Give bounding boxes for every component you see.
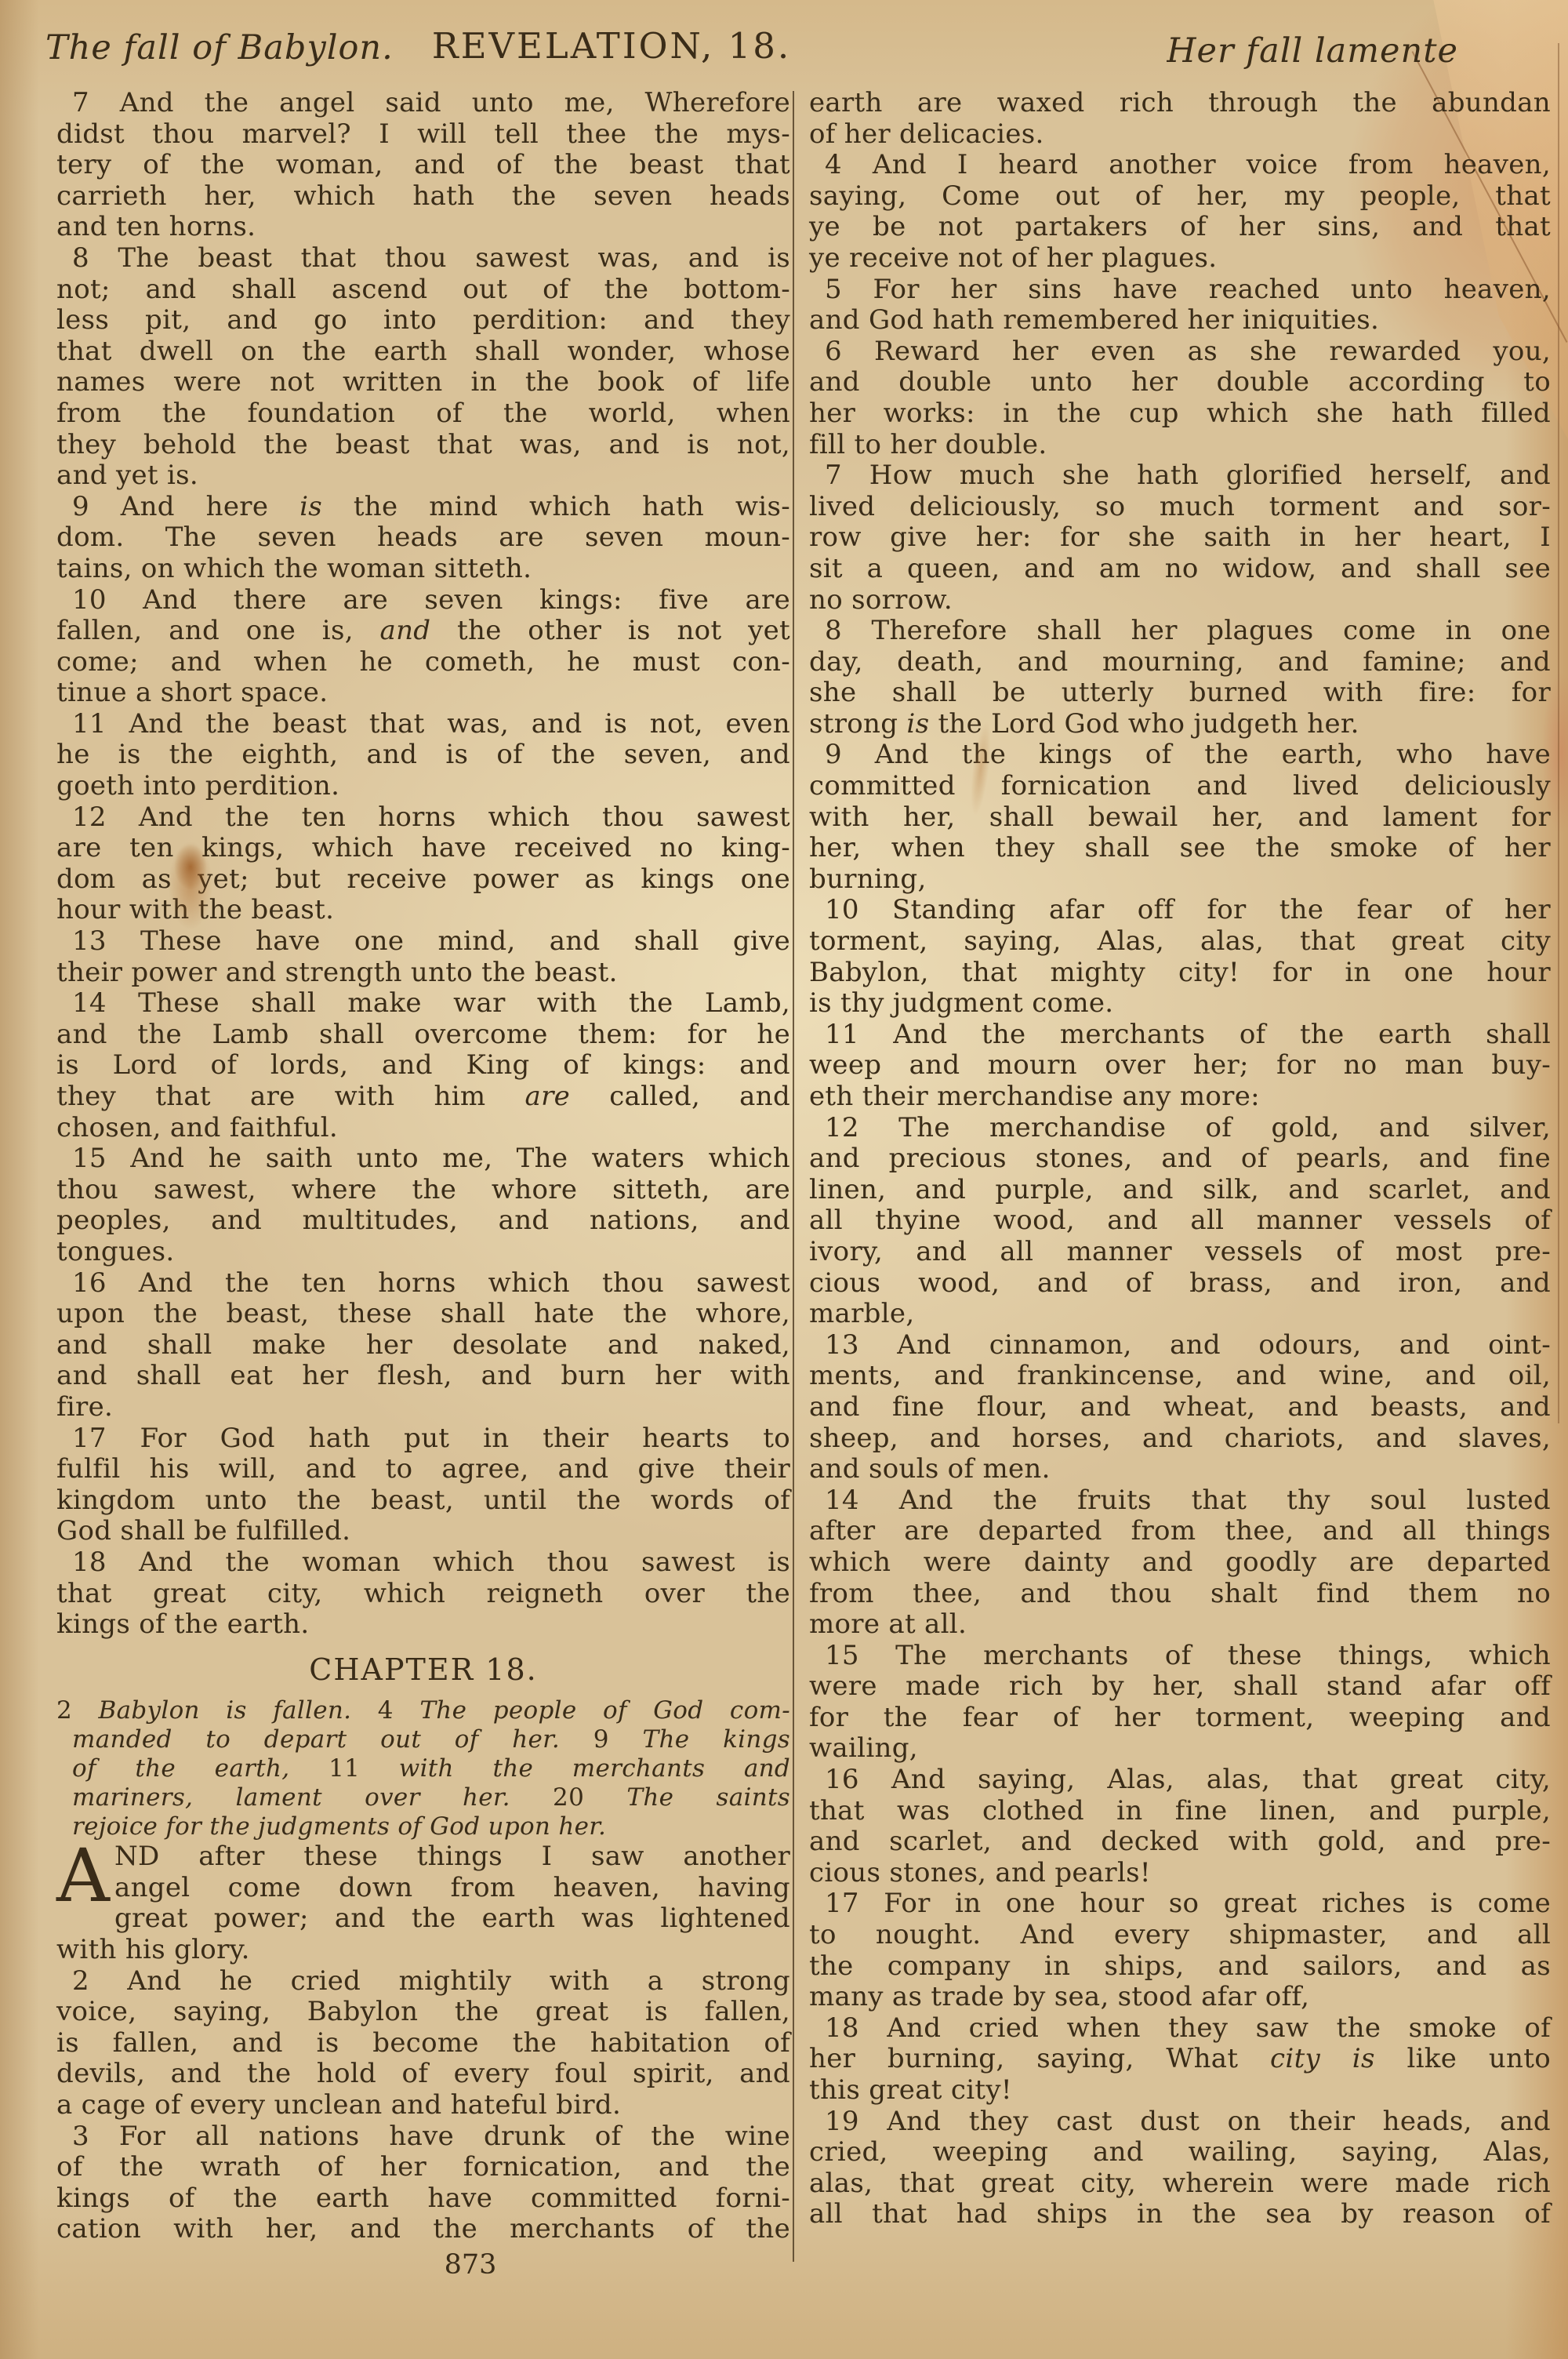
verse-line: lived deliciously, so much torment and s… [809,492,1551,523]
chapter-summary-line: manded to depart out of her. 9 The kings [72,1725,790,1754]
verse-line: less pit, and go into perdition: and the… [56,305,790,336]
verse-line: 14 And the fruits that thy soul lusted [809,1485,1551,1517]
verse-line: linen, and purple, and silk, and scarlet… [809,1175,1551,1206]
verse-line: from thee, and thou shalt find them no [809,1579,1551,1610]
verse-line: peoples, and multitudes, and nations, an… [56,1205,790,1237]
verse-line: 5 For her sins have reached unto heaven, [809,274,1551,306]
verse-line: her, when they shall see the smoke of he… [809,833,1551,864]
verse-line: she shall be utterly burned with fire: f… [809,678,1551,709]
verse-line: torment, saying, Alas, alas, that great … [809,926,1551,958]
verse-line: he is the eighth, and is of the seven, a… [56,740,790,771]
verse-line: ments, and frankincense, and wine, and o… [809,1361,1551,1392]
verse-line: 12 The merchandise of gold, and silver, [809,1113,1551,1144]
verse-line: is fallen, and is become the habitation … [56,2028,790,2059]
verse-line: goeth into perdition. [56,771,790,802]
verse-line: 15 The merchants of these things, which [809,1641,1551,1672]
verse-line: with his glory. [56,1935,790,1966]
verse-line: that was clothed in fine linen, and purp… [809,1796,1551,1827]
running-header: The fall of Babylon. REVELATION, 18. Her… [0,24,1568,75]
drop-cap: A [56,1843,108,1905]
verse-line: kings of the earth have committed forni- [56,2183,790,2215]
verse-line: they behold the beast that was, and is n… [56,430,790,461]
verse-line: tinue a short space. [56,678,790,709]
chapter-summary-line: rejoice for the judgments of God upon he… [72,1812,790,1841]
verse-line: 6 Reward her even as she rewarded you, [809,336,1551,368]
verse-line: kingdom unto the beast, until the words … [56,1485,790,1517]
verse-line: and souls of men. [809,1454,1551,1485]
verse-line: hour with the beast. [56,895,790,926]
verse-line: and God hath remembered her iniquities. [809,305,1551,336]
verse-line: no sorrow. [809,585,1551,616]
verse-line: chosen, and faithful. [56,1113,790,1144]
verse-line: and fine flour, and wheat, and beasts, a… [809,1392,1551,1423]
verse-line: ND after these things I saw another [56,1841,790,1873]
left-column: 7 And the angel said unto me, Wherefored… [56,88,790,2245]
verse-line: thou sawest, where the whore sitteth, ar… [56,1175,790,1206]
verse-line: is Lord of lords, and King of kings: and [56,1050,790,1081]
verse-line: 2 And he cried mightily with a strong [56,1966,790,1997]
verse-line: 10 And there are seven kings: five are [56,585,790,616]
verse-line: is thy judgment come. [809,988,1551,1020]
verse-line: all that had ships in the sea by reason … [809,2199,1551,2230]
verse-line: sheep, and horses, and chariots, and sla… [809,1423,1551,1455]
running-head-right: Her fall lamente [1167,31,1568,71]
verse-line: carrieth her, which hath the seven heads [56,181,790,213]
verse-line: 7 And the angel said unto me, Wherefore [56,88,790,119]
verse-line: 3 For all nations have drunk of the wine [56,2121,790,2153]
verse-line: come; and when he cometh, he must con- [56,647,790,678]
verse-line: dom as yet; but receive power as kings o… [56,864,790,896]
verse-line: devils, and the hold of every foul spiri… [56,2059,790,2090]
verse-line: that dwell on the earth shall wonder, wh… [56,336,790,368]
verse-line: 14 These shall make war with the Lamb, [56,988,790,1020]
verse-line: many as trade by sea, stood afar off, [809,1982,1551,2013]
verse-line: alas, that great city, wherein were made… [809,2168,1551,2200]
running-head-left: The fall of Babylon. [45,28,394,67]
verse-line: of her delicacies. [809,119,1551,151]
verse-line: this great city! [809,2075,1551,2106]
verse-line: ye receive not of her plagues. [809,243,1551,274]
verse-line: 7 How much she hath glorified herself, a… [809,460,1551,492]
verse-line: 16 And the ten horns which thou sawest [56,1268,790,1299]
verse-line: with her, shall bewail her, and lament f… [809,802,1551,834]
verse-line: wailing, [809,1733,1551,1765]
verse-line: cation with her, and the merchants of th… [56,2214,790,2245]
verse-line: God shall be fulfilled. [56,1516,790,1547]
verse-line: more at all. [809,1609,1551,1641]
right-column: earth are waxed rich through the abundan… [809,88,1551,2230]
verse-line: the company in ships, and sailors, and a… [809,1951,1551,1983]
verse-line: cious stones, and pearls! [809,1858,1551,1889]
verse-line: her burning, saying, What city is like u… [809,2044,1551,2075]
verse-line: were made rich by her, shall stand afar … [809,1671,1551,1703]
verse-line: for the fear of her torment, weeping and [809,1703,1551,1734]
verse-line: sit a queen, and am no widow, and shall … [809,554,1551,585]
verse-line: 18 And the woman which thou sawest is [56,1547,790,1579]
verse-line: 11 And the merchants of the earth shall [809,1020,1551,1051]
verse-line: 19 And they cast dust on their heads, an… [809,2106,1551,2138]
verse-line: ye be not partakers of her sins, and tha… [809,212,1551,243]
verse-line: ivory, and all manner vessels of most pr… [809,1237,1551,1268]
verse-line: and shall eat her flesh, and burn her wi… [56,1361,790,1392]
verse-line: 13 And cinnamon, and odours, and oint- [809,1330,1551,1361]
chapter-summary-line: of the earth, 11 with the merchants and [72,1754,790,1783]
verse-line: great power; and the earth was lightened [56,1903,790,1935]
verse-line: after are departed from thee, and all th… [809,1516,1551,1547]
verse-line: cried, weeping and wailing, saying, Alas… [809,2137,1551,2168]
page-edge-line [1558,43,1559,1423]
verse-line: they that are with him are called, and [56,1081,790,1113]
verse-line: Babylon, that mighty city! for in one ho… [809,958,1551,989]
verse-line: 8 Therefore shall her plagues come in on… [809,616,1551,647]
verse-line: from the foundation of the world, when [56,398,790,430]
verse-line: 16 And saying, Alas, alas, that great ci… [809,1765,1551,1796]
verse-line: fulfil his will, and to agree, and give … [56,1454,790,1485]
running-head-center: REVELATION, 18. [408,25,815,67]
verse-line: and precious stones, and of pearls, and … [809,1143,1551,1175]
verse-line: fill to her double. [809,430,1551,461]
verse-line: a cage of every unclean and hateful bird… [56,2090,790,2121]
verse-line: dom. The seven heads are seven moun- [56,522,790,554]
verse-line: strong is the Lord God who judgeth her. [809,709,1551,740]
verse-line: 17 For in one hour so great riches is co… [809,1888,1551,1920]
verse-line: and the Lamb shall overcome them: for he [56,1020,790,1051]
chapter-summary-line: mariners, lament over her. 20 The saints [72,1783,790,1812]
verse-line: saying, Come out of her, my people, that [809,181,1551,213]
verse-line: burning, [809,864,1551,896]
verse-line: day, death, and mourning, and famine; an… [809,647,1551,678]
verse-line: that great city, which reigneth over the [56,1579,790,1610]
verse-line: of the wrath of her fornication, and the [56,2152,790,2183]
chapter-heading: CHAPTER 18. [56,1655,790,1686]
verse-line: 8 The beast that thou sawest was, and is [56,243,790,274]
verse-line: voice, saying, Babylon the great is fall… [56,1997,790,2028]
verse-line: not; and shall ascend out of the bottom- [56,274,790,306]
verse-line: didst thou marvel? I will tell thee the … [56,119,790,151]
verse-line: all thyine wood, and all manner vessels … [809,1205,1551,1237]
verse-line: upon the beast, these shall hate the who… [56,1299,790,1330]
verse-line: are ten kings, which have received no ki… [56,833,790,864]
verse-line: names were not written in the book of li… [56,367,790,398]
chapter-summary-line: 2 Babylon is fallen. 4 The people of God… [72,1696,790,1725]
verse-line: row give her: for she saith in her heart… [809,522,1551,554]
verse-line: cious wood, and of brass, and iron, and [809,1268,1551,1299]
verse-line: tains, on which the woman sitteth. [56,554,790,585]
verse-line: 18 And cried when they saw the smoke of [809,2013,1551,2045]
verse-line: their power and strength unto the beast. [56,958,790,989]
verse-line: which were dainty and goodly are departe… [809,1547,1551,1579]
verse-line: tongues. [56,1237,790,1268]
verse-line: eth their merchandise any more: [809,1081,1551,1113]
verse-line: 9 And here is the mind which hath wis- [56,492,790,523]
verse-line: 10 Standing afar off for the fear of her [809,895,1551,926]
verse-line: kings of the earth. [56,1609,790,1641]
verse-line: fire. [56,1392,790,1423]
verse-line: 9 And the kings of the earth, who have [809,740,1551,771]
page-number: 873 [376,2249,564,2281]
verse-line: her works: in the cup which she hath fil… [809,398,1551,430]
verse-line: weep and mourn over her; for no man buy- [809,1050,1551,1081]
verse-line: 4 And I heard another voice from heaven, [809,150,1551,181]
verse-line: 13 These have one mind, and shall give [56,926,790,958]
verse-line: 15 And he saith unto me, The waters whic… [56,1143,790,1175]
bible-page: The fall of Babylon. REVELATION, 18. Her… [0,0,1568,2359]
verse-line: marble, [809,1299,1551,1330]
column-divider-rule [793,91,794,2262]
verse-line: and yet is. [56,460,790,492]
verse-line: fallen, and one is, and the other is not… [56,616,790,647]
verse-line: and double unto her double according to [809,367,1551,398]
verse-line: earth are waxed rich through the abundan [809,88,1551,119]
verse-line: 11 And the beast that was, and is not, e… [56,709,790,740]
verse-line: to nought. And every shipmaster, and all [809,1920,1551,1951]
verse-line: 12 And the ten horns which thou sawest [56,802,790,834]
verse-line: 17 For God hath put in their hearts to [56,1423,790,1455]
verse-line: committed fornication and lived deliciou… [809,771,1551,802]
verse-line: and ten horns. [56,212,790,243]
verse-line: tery of the woman, and of the beast that [56,150,790,181]
verse-line: angel come down from heaven, having [56,1873,790,1904]
verse-line: and shall make her desolate and naked, [56,1330,790,1361]
verse-line: and scarlet, and decked with gold, and p… [809,1826,1551,1858]
